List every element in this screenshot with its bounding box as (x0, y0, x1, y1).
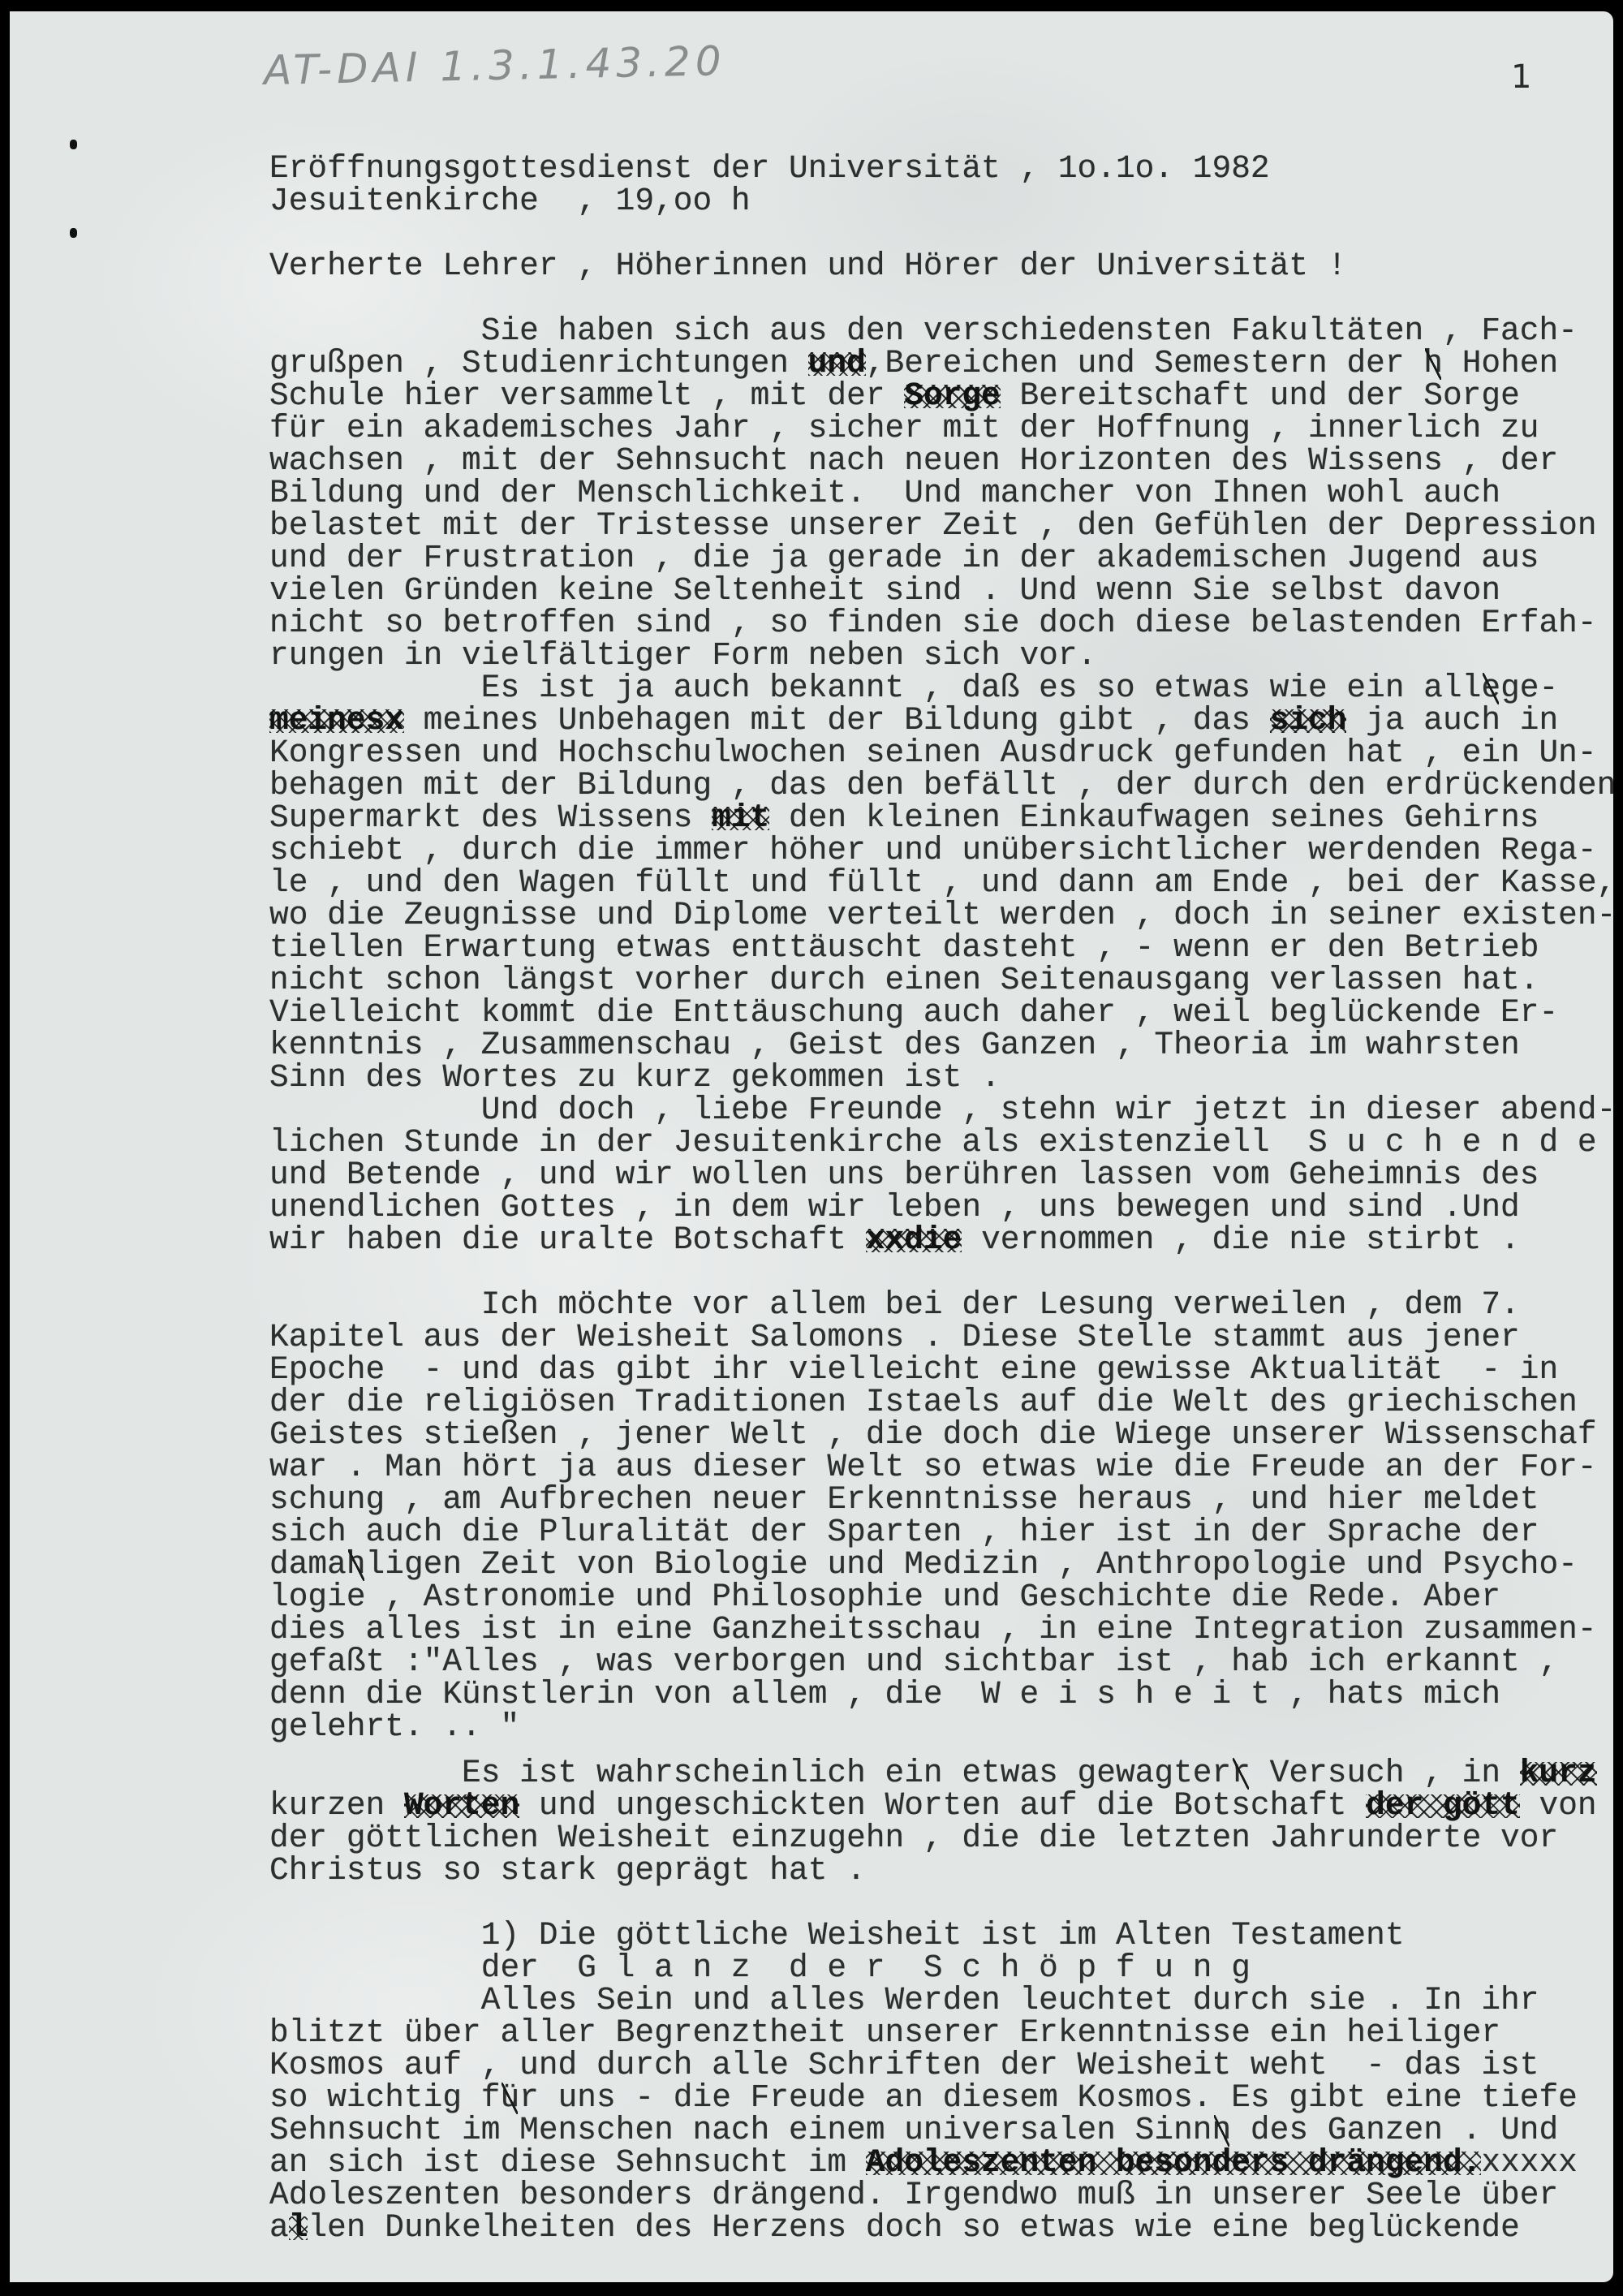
text-line: Eröffnungsgottesdienst der Universität ,… (269, 153, 1270, 185)
slash-corrected-char: h (347, 1546, 366, 1583)
struck-out-text: Worten (404, 1787, 519, 1824)
text-line: gelehrt. .. " (269, 1711, 519, 1743)
text-line: kurzen Worten und ungeschickten Worten a… (269, 1790, 1597, 1822)
text-segment: schung , am Aufbrechen neuer Erkenntniss… (269, 1481, 1539, 1518)
text-line: schung , am Aufbrechen neuer Erkenntniss… (269, 1484, 1539, 1516)
struck-out-text: meinesx (269, 702, 404, 739)
text-segment: von (1520, 1787, 1597, 1824)
text-segment: der göttlichen Weisheit einzugehn , die … (269, 1820, 1558, 1856)
struck-out-text: der gött (1366, 1787, 1520, 1824)
text-segment: ge- (1500, 670, 1558, 706)
text-line: Verherte Lehrer , Höherinnen und Hörer d… (269, 250, 1346, 282)
text-segment: vernommen , die nie stirbt . (962, 1221, 1519, 1258)
text-line: Supermarkt des Wissens mit den kleinen E… (269, 802, 1539, 834)
text-line: wachsen , mit der Sehnsucht nach neuen H… (269, 445, 1558, 477)
text-segment: Verherte Lehrer , Höherinnen und Hörer d… (269, 248, 1346, 284)
struck-out-text: Sorge (904, 377, 1001, 414)
text-line: Kapitel aus der Weisheit Salomons . Dies… (269, 1321, 1520, 1354)
text-segment: Es ist ja auch bekannt , daß es so etwas… (269, 670, 1481, 706)
text-segment: Alles Sein und alles Werden leuchtet dur… (269, 1982, 1539, 2018)
text-segment: gelehrt. .. " (269, 1708, 519, 1745)
text-line: damahligen Zeit von Biologie und Medizin… (269, 1549, 1578, 1581)
text-segment: Adoleszenten besonders drängend. Irgendw… (269, 2177, 1558, 2213)
text-line: sich auch die Pluralität der Sparten , h… (269, 1516, 1539, 1549)
text-line: und Betende , und wir wollen uns berühre… (269, 1159, 1539, 1191)
text-line: vielen Gründen keine Seltenheit sind . U… (269, 575, 1500, 607)
text-line: Christus so stark geprägt hat . (269, 1854, 866, 1887)
text-line: gefaßt :"Alles , was verborgen und sicht… (269, 1646, 1558, 1678)
text-segment: Sehnsucht im Menschen nach einem univers… (269, 2112, 1212, 2148)
text-segment: lichen Stunde in der Jesuitenkirche als … (269, 1124, 1597, 1161)
text-segment: gefaßt :"Alles , was verborgen und sicht… (269, 1643, 1558, 1680)
text-line: Es ist ja auch bekannt , daß es so etwas… (269, 672, 1558, 704)
text-line: grußpen , Studienrichtungen und,Bereiche… (269, 347, 1558, 380)
text-segment: wachsen , mit der Sehnsucht nach neuen H… (269, 442, 1558, 479)
text-line: tiellen Erwartung etwas enttäuscht daste… (269, 932, 1539, 964)
text-line: Alles Sein und alles Werden leuchtet dur… (269, 1984, 1539, 2017)
text-segment: nicht so betroffen sind , so finden sie … (269, 605, 1597, 641)
text-line: belastet mit der Tristesse unserer Zeit … (269, 510, 1597, 542)
text-segment: a (269, 2209, 289, 2246)
text-line: Kosmos auf , und durch alle Schriften de… (269, 2049, 1539, 2082)
text-segment: Schule hier versammelt , mit der (269, 377, 904, 414)
text-line: Sehnsucht im Menschen nach einem univers… (269, 2114, 1558, 2147)
text-segment: und der Frustration , die ja gerade in d… (269, 540, 1539, 576)
text-segment: Jesuitenkirche , 19,oo h (269, 183, 751, 219)
text-line: wir haben die uralte Botschaft xxdie ver… (269, 1224, 1520, 1256)
text-segment: rungen in vielfältiger Form neben sich v… (269, 637, 1096, 674)
text-segment: dama (269, 1546, 347, 1583)
text-segment: 1) Die göttliche Weisheit ist im Alten T… (269, 1917, 1405, 1954)
text-segment: le , und den Wagen füllt und füllt , und… (269, 864, 1616, 901)
text-line: lichen Stunde in der Jesuitenkirche als … (269, 1126, 1597, 1159)
struck-out-text: mit (712, 799, 769, 836)
slash-corrected-char: n (1212, 2112, 1232, 2148)
text-segment: Christus so stark geprägt hat . (269, 1852, 866, 1889)
text-segment: den kleinen Einkaufwagen seines Gehirns (769, 799, 1539, 836)
text-segment: Versuch , in (1251, 1755, 1520, 1791)
text-line: Sie haben sich aus den verschiedensten F… (269, 315, 1578, 347)
text-line: Jesuitenkirche , 19,oo h (269, 185, 751, 218)
text-segment: Kosmos auf , und durch alle Schriften de… (269, 2047, 1539, 2083)
text-segment: ,Bereichen und Semestern der (866, 345, 1423, 381)
document-body: Eröffnungsgottesdienst der Universität ,… (0, 0, 1623, 2296)
text-segment: ligen Zeit von Biologie und Medizin , An… (366, 1546, 1578, 1583)
text-line: logie , Astronomie und Philosophie und G… (269, 1581, 1500, 1613)
text-segment: wo die Zeugnisse und Diplome verteilt we… (269, 897, 1616, 933)
text-line: an sich ist diese Sehnsucht im Adoleszen… (269, 2147, 1578, 2179)
text-line: Ich möchte vor allem bei der Lesung verw… (269, 1289, 1520, 1321)
text-segment: und Betende , und wir wollen uns berühre… (269, 1157, 1539, 1193)
text-segment: vielen Gründen keine Seltenheit sind . U… (269, 572, 1500, 609)
text-segment: Supermarkt des Wissens (269, 799, 712, 836)
text-line: Epoche - und das gibt ihr vielleicht ein… (269, 1354, 1558, 1386)
text-segment: Ich möchte vor allem bei der Lesung verw… (269, 1286, 1520, 1323)
text-line: nicht so betroffen sind , so finden sie … (269, 607, 1597, 640)
text-line: meinesx meines Unbehagen mit der Bildung… (269, 704, 1558, 737)
text-segment: und ungeschickten Worten auf die Botscha… (519, 1787, 1366, 1824)
text-line: unendlichen Gottes , in dem wir leben , … (269, 1191, 1520, 1224)
text-segment: xxxxx (1481, 2144, 1578, 2181)
text-segment: der G l a n z d e r S c h ö p f u n g (269, 1949, 1251, 1986)
text-line: für ein akademisches Jahr , sicher mit d… (269, 412, 1539, 445)
struck-out-text: sich (1270, 702, 1347, 739)
slash-corrected-char: ü (500, 2079, 519, 2116)
text-line: Vielleicht kommt die Enttäuschung auch d… (269, 997, 1558, 1029)
struck-out-text: l (289, 2209, 308, 2246)
text-segment: Sie haben sich aus den verschiedensten F… (269, 312, 1578, 349)
text-segment: Es ist wahrscheinlich ein etwas gewagter (269, 1755, 1231, 1791)
text-segment: behagen mit der Bildung , das den befäll… (269, 767, 1616, 803)
text-line: Adoleszenten besonders drängend. Irgendw… (269, 2179, 1558, 2212)
text-segment: Bereitschaft und der Sorge (1001, 377, 1520, 414)
text-line: Es ist wahrscheinlich ein etwas gewagter… (269, 1757, 1597, 1790)
text-line: wo die Zeugnisse und Diplome verteilt we… (269, 899, 1616, 932)
slash-corrected-char: r (1231, 1755, 1251, 1791)
text-line: 1) Die göttliche Weisheit ist im Alten T… (269, 1919, 1405, 1952)
text-line: blitzt über aller Begrenztheit unserer E… (269, 2017, 1500, 2049)
text-line: schiebt , durch die immer höher und unüb… (269, 834, 1597, 867)
text-segment: logie , Astronomie und Philosophie und G… (269, 1579, 1500, 1615)
text-segment: unendlichen Gottes , in dem wir leben , … (269, 1189, 1520, 1226)
text-segment: Vielleicht kommt die Enttäuschung auch d… (269, 994, 1558, 1031)
text-line: behagen mit der Bildung , das den befäll… (269, 769, 1616, 802)
text-segment: Sinn des Wortes zu kurz gekommen ist . (269, 1059, 1001, 1096)
text-line: Bildung und der Menschlichkeit. Und manc… (269, 477, 1500, 510)
text-segment: schiebt , durch die immer höher und unüb… (269, 832, 1597, 868)
text-segment: an sich ist diese Sehnsucht im (269, 2144, 866, 2181)
struck-out-text: xxdie (866, 1221, 962, 1258)
text-segment: grußpen , Studienrichtungen (269, 345, 808, 381)
text-segment: kenntnis , Zusammenschau , Geist des Gan… (269, 1027, 1520, 1063)
text-segment: wir haben die uralte Botschaft (269, 1221, 866, 1258)
text-segment: Epoche - und das gibt ihr vielleicht ein… (269, 1351, 1558, 1388)
text-segment: Bildung und der Menschlichkeit. Und manc… (269, 475, 1500, 511)
text-line: so wichtig für uns - die Freude an diese… (269, 2082, 1578, 2114)
slash-corrected-char: h (1423, 345, 1443, 381)
text-segment: r uns - die Freude an diesem Kosmos. Es … (519, 2079, 1578, 2116)
text-segment: für ein akademisches Jahr , sicher mit d… (269, 410, 1539, 446)
text-line: Und doch , liebe Freunde , stehn wir jet… (269, 1094, 1616, 1126)
text-line: der G l a n z d e r S c h ö p f u n g (269, 1952, 1251, 1984)
text-segment: Eröffnungsgottesdienst der Universität ,… (269, 150, 1270, 187)
slash-corrected-char: e (1481, 670, 1500, 706)
text-segment: meines Unbehagen mit der Bildung gibt , … (404, 702, 1270, 739)
text-segment: ja auch in (1346, 702, 1558, 739)
text-line: le , und den Wagen füllt und füllt , und… (269, 867, 1616, 899)
text-line: rungen in vielfältiger Form neben sich v… (269, 640, 1096, 672)
text-line: der göttlichen Weisheit einzugehn , die … (269, 1822, 1558, 1854)
text-segment: kurzen (269, 1787, 404, 1824)
text-line: Kongressen und Hochschulwochen seinen Au… (269, 737, 1597, 769)
text-line: dies alles ist in eine Ganzheitsschau , … (269, 1613, 1597, 1646)
struck-out-text: Adoleszenten besonders drängend. (866, 2144, 1482, 2181)
struck-out-text: und (808, 345, 866, 381)
text-segment: Kongressen und Hochschulwochen seinen Au… (269, 734, 1597, 771)
text-segment: war . Man hört ja aus dieser Welt so etw… (269, 1449, 1597, 1485)
text-segment: Hohen (1443, 345, 1558, 381)
text-line: Schule hier versammelt , mit der Sorge B… (269, 380, 1520, 412)
text-segment: len Dunkelheiten des Herzens doch so etw… (308, 2209, 1519, 2246)
text-segment: blitzt über aller Begrenztheit unserer E… (269, 2014, 1500, 2051)
text-line: allen Dunkelheiten des Herzens doch so e… (269, 2212, 1520, 2244)
text-segment: so wichtig f (269, 2079, 500, 2116)
text-segment: sich auch die Pluralität der Sparten , h… (269, 1514, 1539, 1550)
text-segment: nicht schon längst vorher durch einen Se… (269, 962, 1539, 998)
text-segment: denn die Künstlerin von allem , die W e … (269, 1676, 1500, 1712)
text-line: kenntnis , Zusammenschau , Geist des Gan… (269, 1029, 1520, 1062)
text-line: Sinn des Wortes zu kurz gekommen ist . (269, 1062, 1001, 1094)
text-segment: Geistes stießen , jener Welt , die doch … (269, 1416, 1597, 1453)
struck-out-text: kurz (1520, 1755, 1597, 1791)
text-segment: des Ganzen . Und (1231, 2112, 1558, 2148)
text-line: Geistes stießen , jener Welt , die doch … (269, 1419, 1597, 1451)
text-line: war . Man hört ja aus dieser Welt so etw… (269, 1451, 1597, 1484)
text-segment: dies alles ist in eine Ganzheitsschau , … (269, 1611, 1597, 1648)
text-line: denn die Künstlerin von allem , die W e … (269, 1678, 1500, 1711)
text-segment: tiellen Erwartung etwas enttäuscht daste… (269, 929, 1539, 966)
text-segment: der die religiösen Traditionen Istaels a… (269, 1384, 1578, 1420)
text-line: nicht schon längst vorher durch einen Se… (269, 964, 1539, 997)
text-segment: Und doch , liebe Freunde , stehn wir jet… (269, 1092, 1616, 1128)
text-line: und der Frustration , die ja gerade in d… (269, 542, 1539, 575)
text-line: der die religiösen Traditionen Istaels a… (269, 1386, 1578, 1419)
text-segment: Kapitel aus der Weisheit Salomons . Dies… (269, 1319, 1520, 1355)
text-segment: belastet mit der Tristesse unserer Zeit … (269, 507, 1597, 544)
